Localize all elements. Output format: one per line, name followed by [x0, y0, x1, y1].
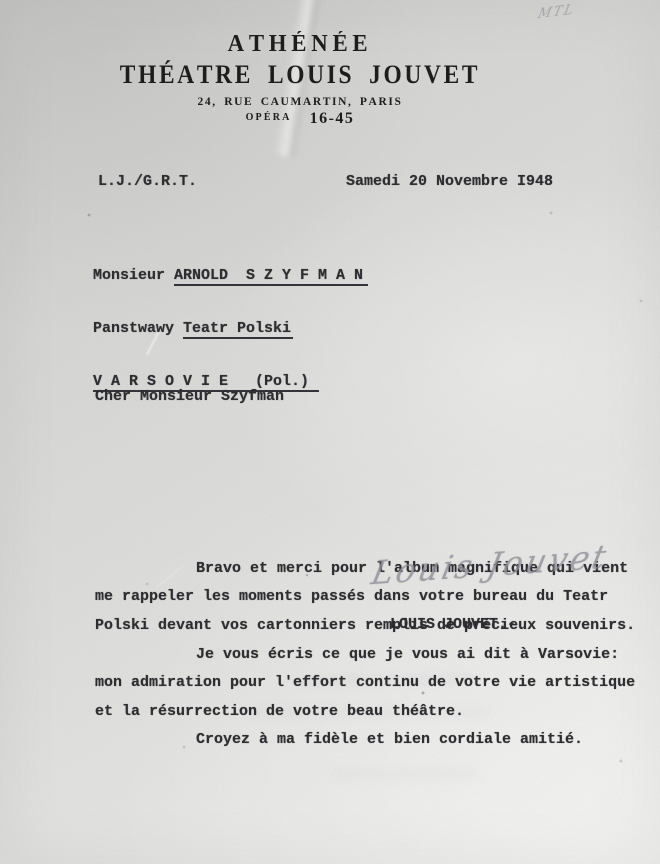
reference-date-row: L.J./G.R.T. Samedi 20 Novembre I948: [0, 173, 660, 193]
recipient-name-underlined: ARNOLD S Z Y F M A N: [174, 267, 368, 286]
phone-exchange-label: OPÉRA: [246, 112, 292, 123]
body-line: Polski devant vos cartonniers remplis de…: [95, 612, 660, 641]
letterhead-phone: OPÉRA16-45: [0, 110, 600, 128]
body-paragraphs: Bravo et merci pour l'album magnifique q…: [95, 469, 660, 755]
phone-number: 16-45: [310, 110, 355, 127]
salutation: Cher Monsieur Szyfman: [95, 383, 660, 412]
body-line: mon admiration pour l'effort continu de …: [95, 669, 660, 698]
recipient-name-line: Monsieur ARNOLD S Z Y F M A N: [93, 267, 368, 285]
reference-initials: L.J./G.R.T.: [98, 173, 197, 190]
letter-date: Samedi 20 Novembre I948: [346, 173, 553, 190]
body-line: Croyez à ma fidèle et bien cordiale amit…: [95, 726, 660, 755]
letterhead-name-line2: THÉATRE LOUIS JOUVET: [30, 60, 570, 90]
scanned-letter: MTL ATHÉNÉE THÉATRE LOUIS JOUVET 24, RUE…: [0, 0, 660, 864]
body-line: Je vous écris ce que je vous ai dit à Va…: [95, 641, 660, 670]
recipient-title: Monsieur: [93, 267, 174, 284]
letterhead-name-line1: ATHÉNÉE: [15, 31, 585, 58]
letterhead-address: 24, RUE CAUMARTIN, PARIS: [0, 96, 600, 108]
typed-signature: LOUIS JOUVET.-: [390, 616, 516, 633]
letterhead: ATHÉNÉE THÉATRE LOUIS JOUVET 24, RUE CAU…: [0, 0, 600, 150]
body-line: et la résurrection de votre beau théâtre…: [95, 698, 660, 727]
